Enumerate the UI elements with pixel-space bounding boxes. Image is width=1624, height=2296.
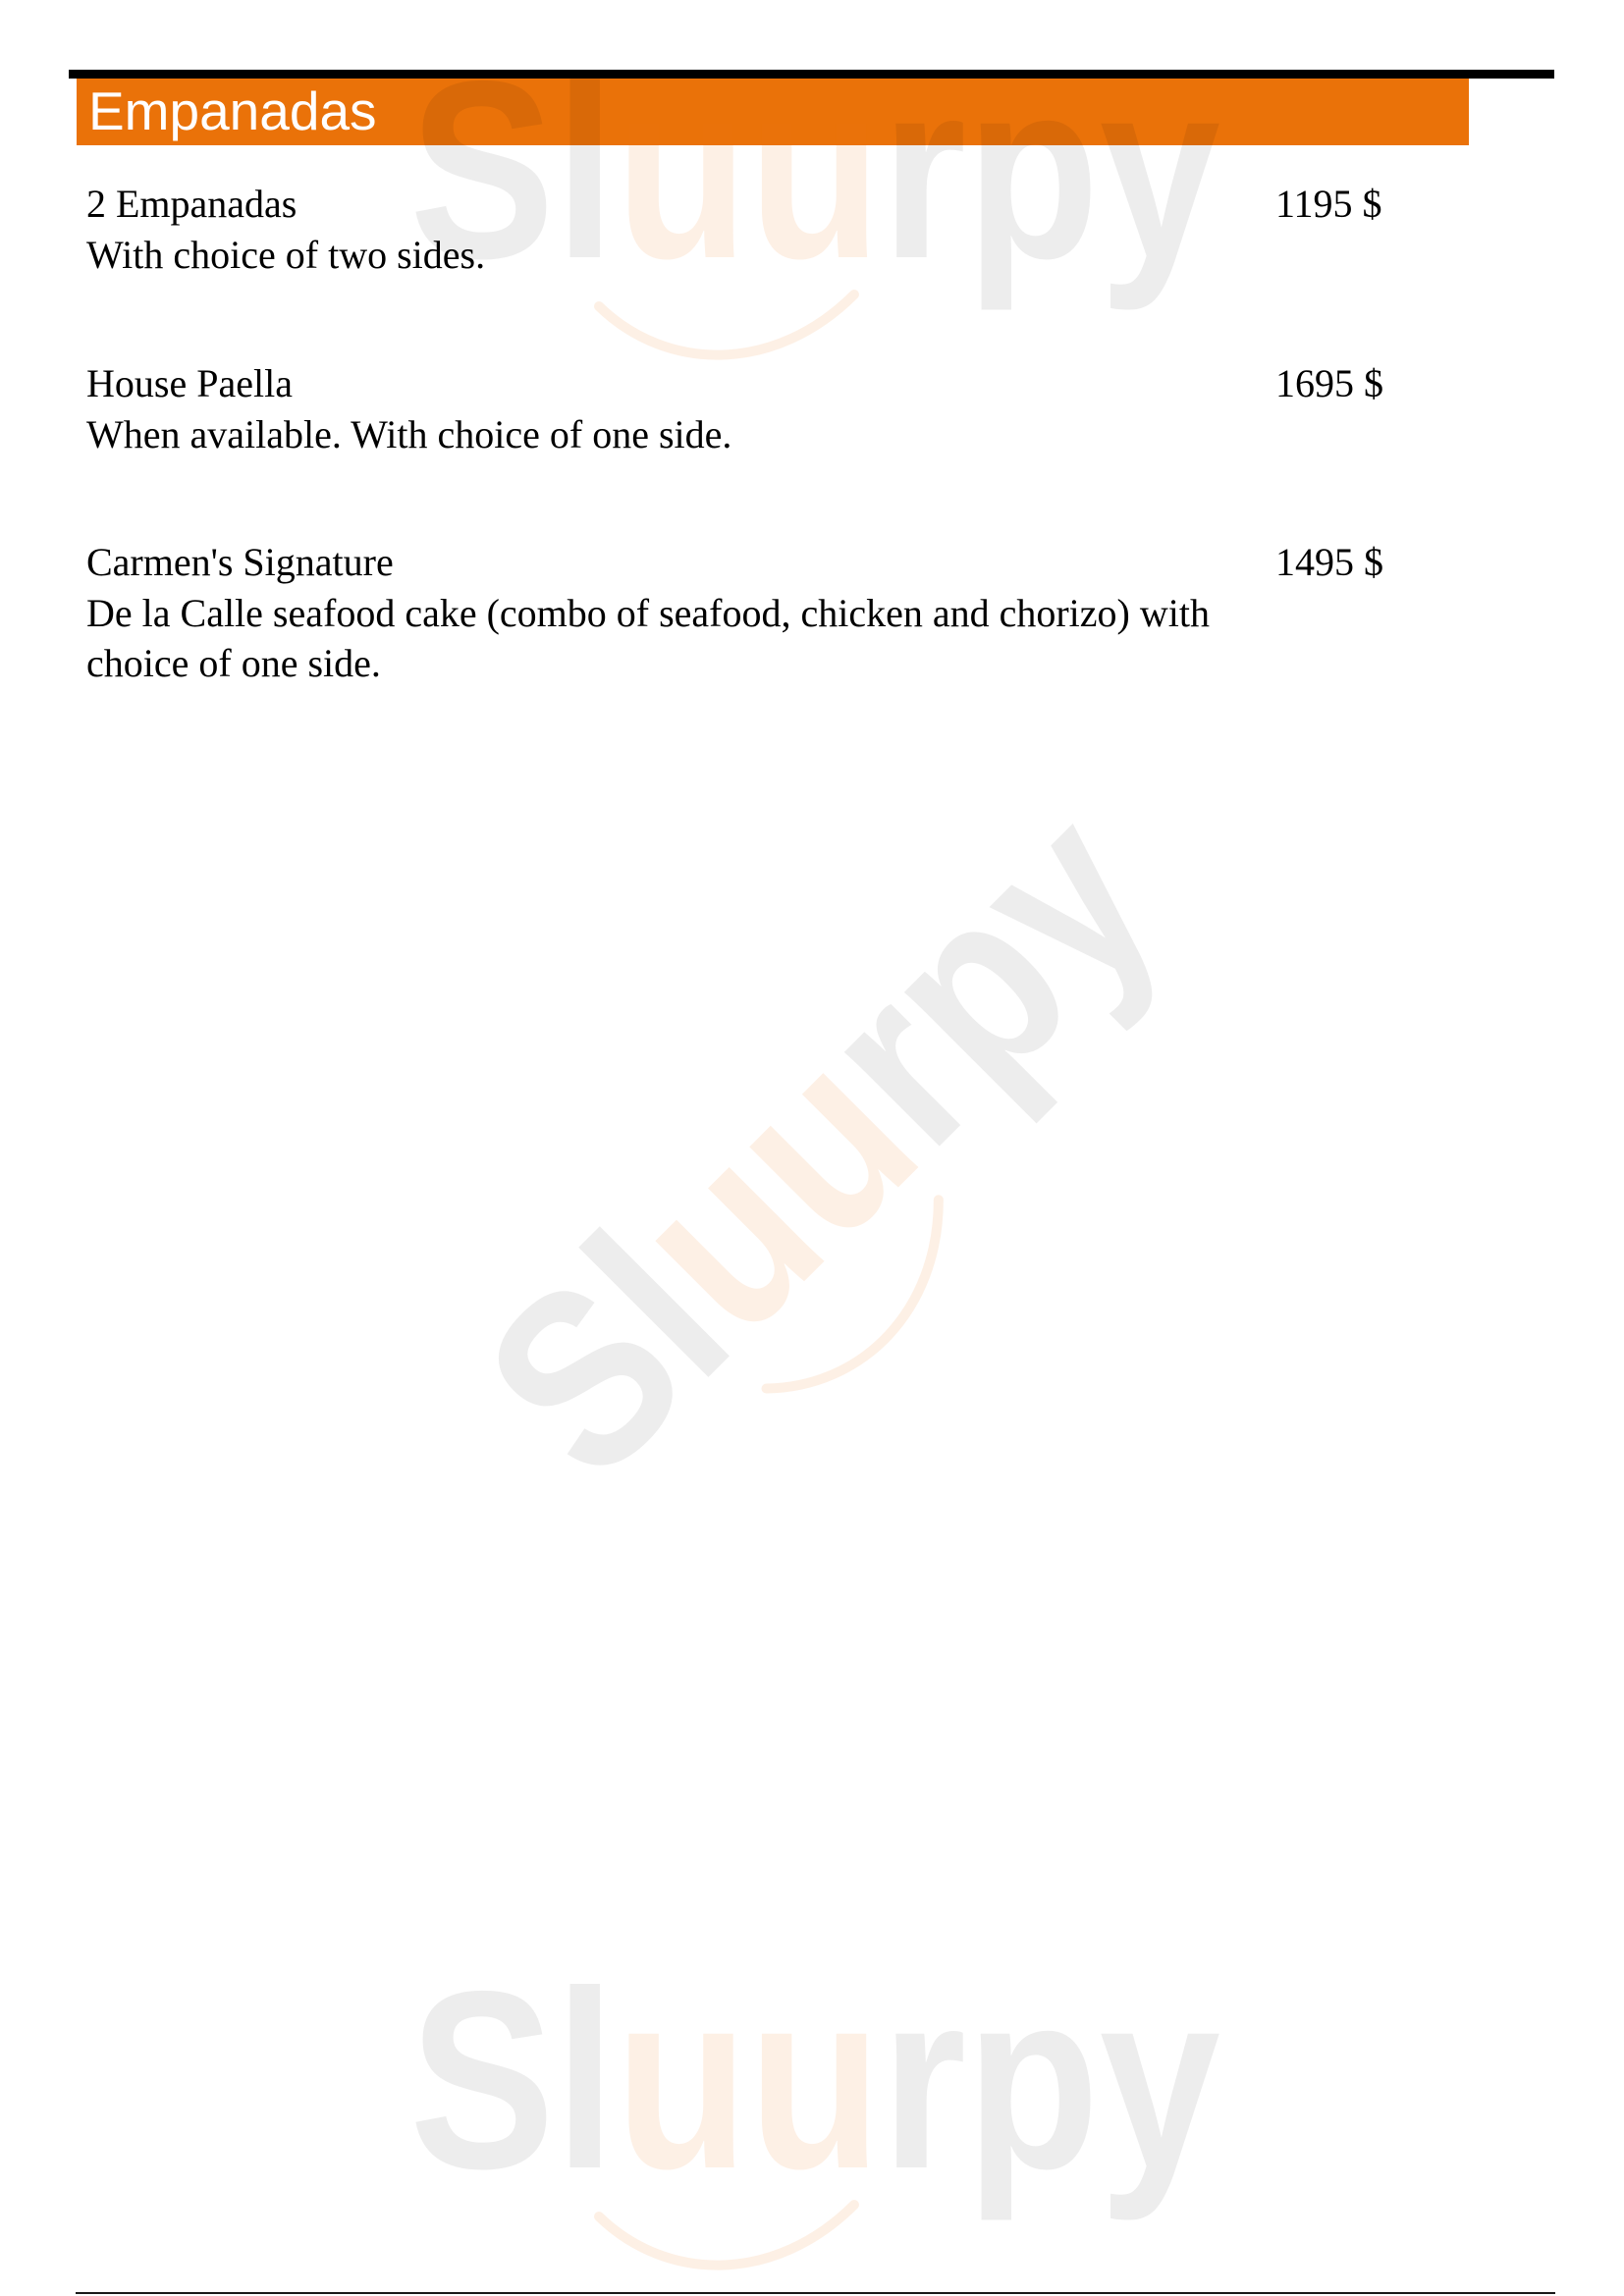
watermark-smile [599, 294, 854, 355]
menu-item: 2 Empanadas With choice of two sides. 11… [86, 179, 1392, 280]
item-description: With choice of two sides. [86, 230, 1225, 281]
sluurpy-watermark-middle: Sluurpy [0, 0, 1624, 2296]
watermark-text-sl: Sl [409, 1938, 616, 2220]
section-title: Empanadas [88, 80, 377, 141]
menu-item: Carmen's Signature De la Calle seafood c… [86, 537, 1392, 689]
item-name: 2 Empanadas [86, 179, 1392, 230]
menu-item: House Paella When available. With choice… [86, 358, 1392, 459]
sluurpy-watermark-top: Sluurpy [0, 0, 1624, 2296]
watermark-text-uu: uu [616, 1938, 882, 2220]
top-rule [69, 70, 1554, 79]
bottom-rule [76, 2292, 1555, 2294]
item-price: 1195 $ [1275, 179, 1382, 230]
watermark-text-rpy: rpy [766, 755, 1206, 1195]
svg-text:Sluurpy: Sluurpy [409, 1938, 1220, 2220]
item-description: When available. With choice of one side. [86, 409, 1225, 460]
item-description: De la Calle seafood cake (combo of seafo… [86, 588, 1225, 689]
watermark-text-uu: uu [578, 994, 967, 1383]
item-name: Carmen's Signature [86, 537, 1392, 588]
item-price: 1495 $ [1275, 537, 1383, 588]
item-name: House Paella [86, 358, 1392, 409]
section-header: Empanadas [77, 79, 1469, 145]
watermark-smile [599, 2205, 854, 2266]
watermark-layer: Sluurpy Sluurpy Sluurpy [0, 0, 1624, 2296]
watermark-text-sl: Sl [433, 1183, 779, 1528]
item-price: 1695 $ [1275, 358, 1383, 409]
sluurpy-watermark-bottom: Sluurpy [0, 0, 1624, 2296]
watermark-text-rpy: rpy [882, 1938, 1220, 2220]
watermark-smile [758, 1200, 981, 1422]
svg-text:Sluurpy: Sluurpy [433, 755, 1207, 1528]
